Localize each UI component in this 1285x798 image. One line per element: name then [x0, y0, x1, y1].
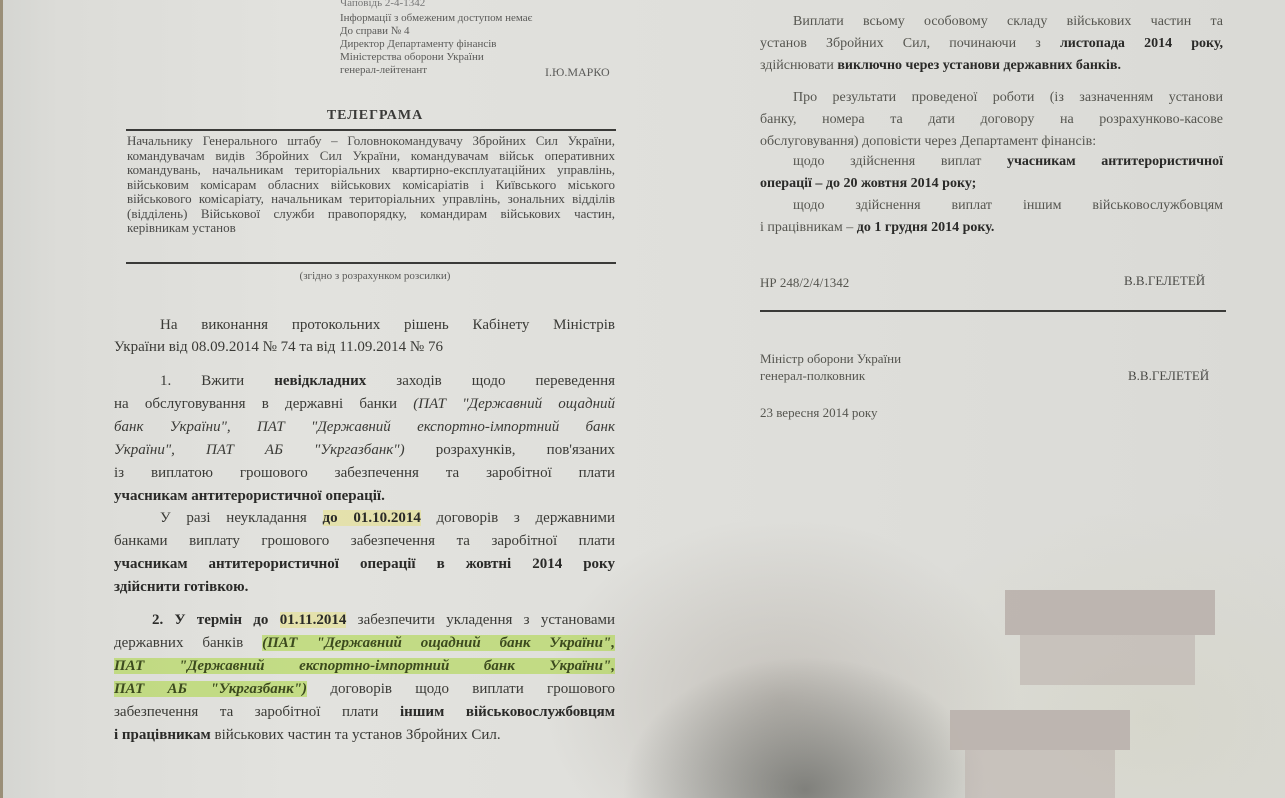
other-line-2: і працівникам – до 1 грудня 2014 року. — [760, 216, 994, 240]
intro-line-2: України від 08.09.2014 № 74 та від 11.09… — [114, 336, 443, 360]
payments-line-2: установ Збройних Сил, починаючи з листоп… — [760, 32, 1223, 56]
report-line-1: Про результати проведеної роботи (із заз… — [793, 86, 1223, 110]
cash-line-1: У разі неукладання до 01.10.2014 договор… — [160, 507, 615, 531]
redaction-block — [965, 750, 1115, 798]
other-line-1: щодо здійснення виплат іншим військовосл… — [793, 194, 1223, 218]
redaction-block — [950, 710, 1130, 750]
director-rank: генерал-лейтенант — [340, 64, 427, 77]
minister-title: Міністр оборони України — [760, 351, 901, 367]
p2-line-2: державних банків (ПАТ "Державний ощадний… — [114, 632, 615, 656]
p1-line-6: учасникам антитерористичної операції. — [114, 485, 385, 509]
restriction-note: Інформації з обмеженим доступом немає — [340, 12, 532, 25]
addressees: Начальнику Генерального штабу – Головнок… — [127, 134, 615, 236]
p1-line-4: України", ПАТ АБ "Укргазбанк") розрахунк… — [114, 439, 615, 463]
cash-line-2: банками виплату грошового забезпечення т… — [114, 530, 615, 554]
signature-divider — [760, 310, 1226, 312]
payments-line-3: здійснювати виключно через установи держ… — [760, 54, 1121, 78]
registration-number: НР 248/2/4/1342 — [760, 275, 849, 291]
signature-date: 23 вересня 2014 року — [760, 405, 878, 421]
ato-line-1: щодо здійснення виплат учасникам антитер… — [793, 150, 1223, 174]
minister-name: В.В.ГЕЛЕТЕЙ — [1128, 368, 1209, 384]
p1-line-3: банк України", ПАТ "Державний експортно-… — [114, 416, 615, 440]
p1-line-5: із виплатою грошового забезпечення та за… — [114, 462, 615, 486]
ato-line-2: операції – до 20 жовтня 2014 року; — [760, 172, 976, 196]
intro-line-1: На виконання протокольних рішень Кабінет… — [160, 314, 615, 338]
p2-line-6: і працівникам військових частин та устан… — [114, 724, 501, 748]
cash-line-4: здійснити готівкою. — [114, 576, 248, 600]
cash-line-3: учасникам антитерористичної операції в ж… — [114, 553, 615, 577]
p2-line-5: забезпечення та заробітної плати іншим в… — [114, 701, 615, 725]
payments-line-1: Виплати всьому особовому складу військов… — [793, 10, 1223, 34]
title-divider — [126, 129, 616, 131]
redaction-block — [1020, 635, 1195, 685]
addressees-divider — [126, 262, 616, 264]
director-title-1: Директор Департаменту фінансів — [340, 38, 496, 51]
stamp-line: Ч⁠аповідь 2-4-1342 — [340, 0, 425, 10]
registration-signer: В.В.ГЕЛЕТЕЙ — [1124, 273, 1205, 289]
director-name: І.Ю.МАРКО — [545, 66, 610, 79]
minister-rank: генерал-полковник — [760, 368, 865, 384]
p2-line-4: ПАТ АБ "Укргазбанк") договорів щодо випл… — [114, 678, 615, 702]
case-note: До справи № 4 — [340, 25, 409, 38]
p1-line-2: на обслуговування в державні банки (ПАТ … — [114, 393, 615, 417]
p1-line-1: 1. Вжити невідкладних заходів щодо перев… — [160, 370, 615, 394]
p2-line-1: 2. У термін до 01.11.2014 забезпечити ук… — [152, 609, 615, 633]
telegram-title: ТЕЛЕГРАМА — [0, 108, 750, 124]
p2-line-3: ПАТ "Державний експортно-імпортний банк … — [114, 655, 615, 679]
distribution-note: (згідно з розрахунком розсилки) — [0, 270, 750, 283]
director-title-2: Міністерства оборони України — [340, 51, 484, 64]
report-line-2: банку, номера та дати договору на розрах… — [760, 108, 1223, 132]
redaction-block — [1005, 590, 1215, 635]
